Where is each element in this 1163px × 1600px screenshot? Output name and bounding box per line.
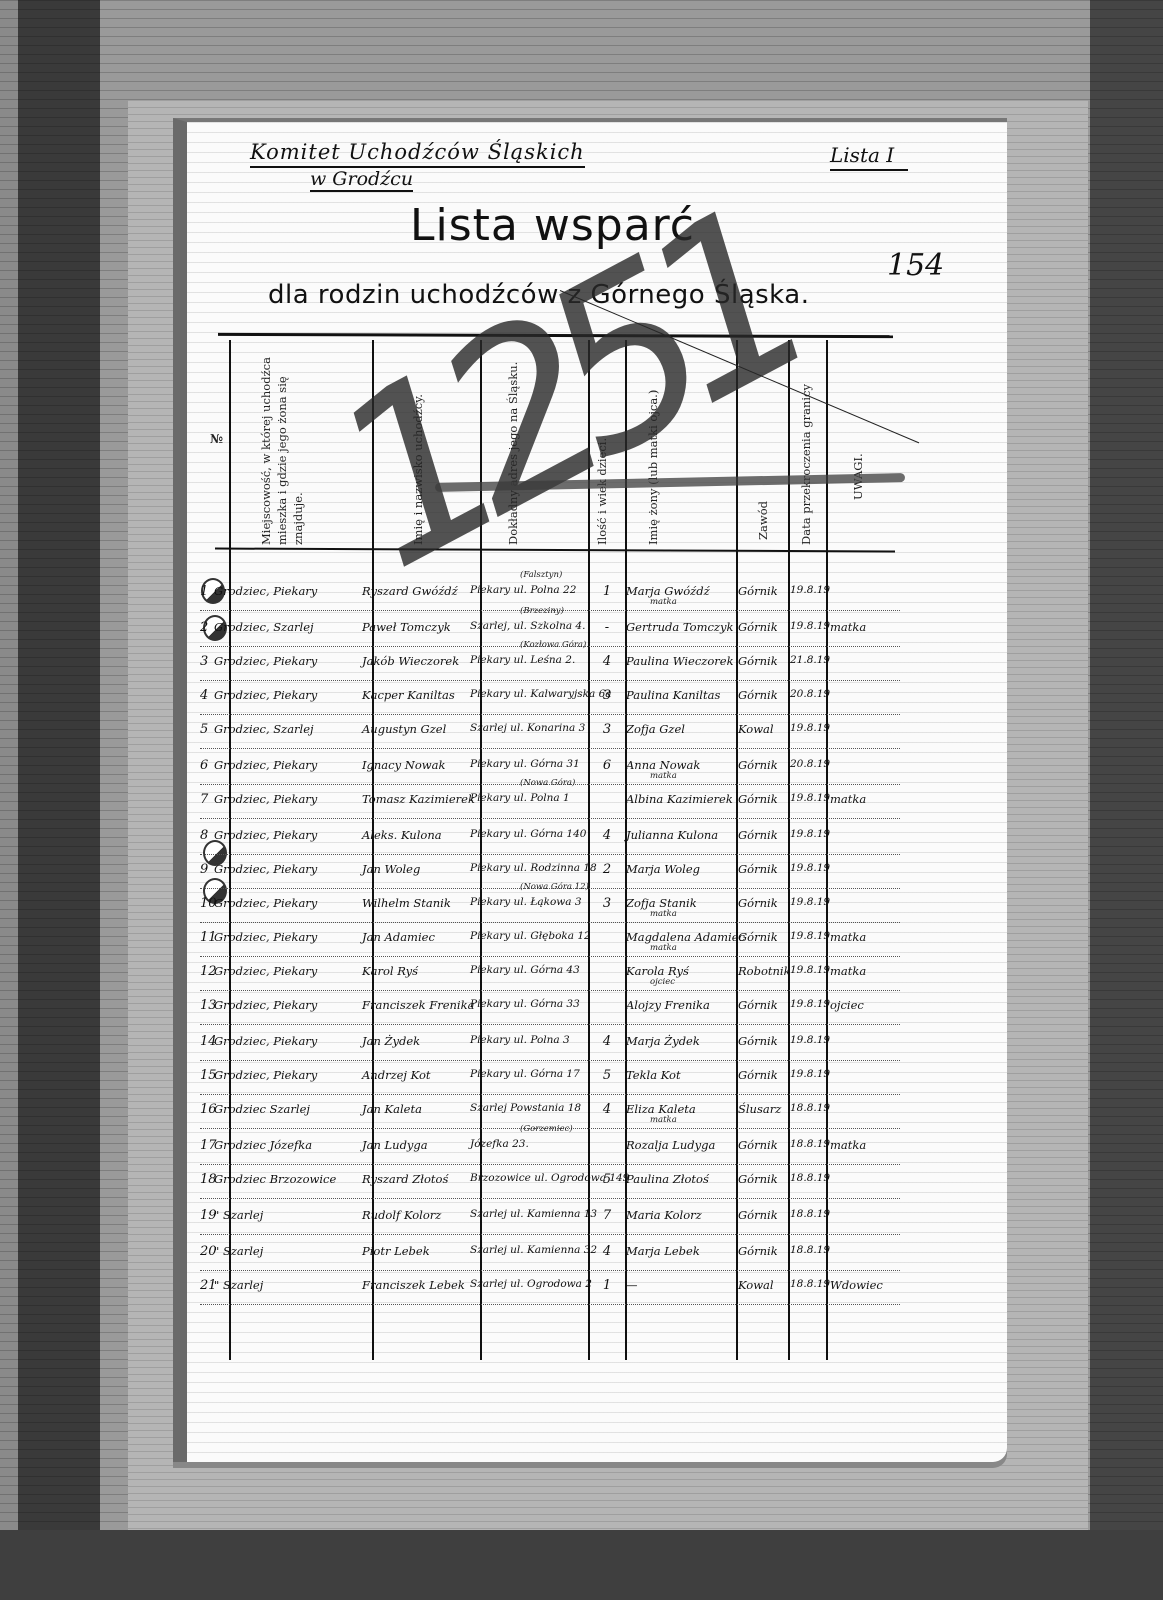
- cell-wife: Alojzy Frenika: [626, 998, 734, 1012]
- cell-kids: 3: [595, 722, 619, 737]
- cell-kids: 3: [595, 896, 619, 911]
- cell-note: matka: [830, 964, 900, 978]
- cell-job: Górnik: [738, 828, 788, 842]
- cell-wife: Rozalja Ludyga: [626, 1138, 734, 1152]
- cell-name: Jan Ludyga: [362, 1138, 470, 1152]
- relation-annotation: matka: [650, 1115, 677, 1125]
- cell-addr: Piekary ul. Rodzinna 18: [470, 862, 580, 874]
- cell-loc: Grodziec, Piekary: [214, 828, 354, 842]
- committee-location: w Grodźcu: [310, 168, 413, 192]
- cell-loc: Grodziec, Piekary: [214, 688, 354, 702]
- header-address: Dokładny adres jego na Śląsku.: [505, 345, 555, 545]
- cell-addr: Piekary ul. Głęboka 12: [470, 930, 580, 942]
- cell-wife: Zofja Stanik: [626, 896, 734, 910]
- cell-date: 19.8.19: [790, 1034, 828, 1046]
- document-title: Lista wsparć: [410, 200, 695, 251]
- cell-addr: Szarlej ul. Kamienna 32: [470, 1244, 580, 1256]
- cell-name: Franciszek Lebek: [362, 1278, 470, 1292]
- cell-name: Jan Żydek: [362, 1034, 470, 1048]
- cell-kids: 6: [595, 758, 619, 773]
- cell-addr: Piekary ul. Górna 33: [470, 998, 580, 1010]
- cell-wife: Karola Ryś: [626, 964, 734, 978]
- cell-loc: Grodziec, Szarlej: [214, 620, 354, 634]
- header-wife: Imię żony (lub matki ojca.): [645, 345, 695, 545]
- cell-addr: Piekary ul. Górna 31: [470, 758, 580, 770]
- cell-date: 20.8.19: [790, 758, 828, 770]
- table-row: 15Grodziec, PiekaryAndrzej KotPiekary ul…: [200, 1066, 900, 1095]
- scan-bottom-strip: [0, 1530, 1163, 1600]
- cell-wife: Zofja Gzel: [626, 722, 734, 736]
- cell-wife: Marja Woleg: [626, 862, 734, 876]
- table-row: 5Grodziec, SzarlejAugustyn GzelSzarlej u…: [200, 720, 900, 749]
- cell-note: ojciec: [830, 998, 900, 1012]
- cell-loc: Grodziec, Piekary: [214, 896, 354, 910]
- address-annotation: (Kozłowa Góra): [520, 640, 586, 650]
- cell-kids: 7: [595, 1208, 619, 1223]
- cell-date: 19.8.19: [790, 1068, 828, 1080]
- cell-date: 19.8.19: [790, 620, 828, 632]
- cell-addr: Piekary ul. Kalwaryjska 6a: [470, 688, 580, 700]
- cell-date: 18.8.19: [790, 1138, 828, 1150]
- cell-job: Górnik: [738, 584, 788, 598]
- cell-name: Rudolf Kolorz: [362, 1208, 470, 1222]
- cell-kids: 4: [595, 654, 619, 669]
- cell-job: Górnik: [738, 930, 788, 944]
- cell-loc: Grodziec, Piekary: [214, 584, 354, 598]
- cell-wife: Tekla Kot: [626, 1068, 734, 1082]
- cell-kids: 1: [595, 1278, 619, 1293]
- address-annotation: (Brzeziny): [520, 606, 564, 616]
- cell-loc: " Szarlej: [214, 1244, 354, 1258]
- header-children: Ilość i wiek dzieci.: [594, 345, 618, 545]
- cell-name: Aleks. Kulona: [362, 828, 470, 842]
- cell-kids: 4: [595, 1034, 619, 1049]
- cell-job: Górnik: [738, 1244, 788, 1258]
- cell-name: Jan Adamiec: [362, 930, 470, 944]
- cell-wife: Eliza Kaleta: [626, 1102, 734, 1116]
- cell-loc: Grodziec Józefka: [214, 1138, 354, 1152]
- cell-note: Wdowiec: [830, 1278, 900, 1292]
- cell-wife: Gertruda Tomczyk: [626, 620, 734, 634]
- cell-job: Górnik: [738, 654, 788, 668]
- table-row: 8Grodziec, PiekaryAleks. KulonaPiekary u…: [200, 826, 900, 855]
- cell-name: Ignacy Nowak: [362, 758, 470, 772]
- cell-addr: Piekary ul. Łąkowa 3: [470, 896, 580, 908]
- table-row: 7Grodziec, PiekaryTomasz KazimierekPieka…: [200, 790, 900, 819]
- cell-loc: " Szarlej: [214, 1278, 354, 1292]
- cell-date: 18.8.19: [790, 1244, 828, 1256]
- cell-kids: -: [595, 620, 619, 635]
- cell-date: 19.8.19: [790, 998, 828, 1010]
- cell-date: 19.8.19: [790, 930, 828, 942]
- table-row: 21" SzarlejFranciszek LebekSzarlej ul. O…: [200, 1276, 900, 1305]
- relation-annotation: matka: [650, 771, 677, 781]
- cell-loc: Grodziec, Piekary: [214, 1034, 354, 1048]
- cell-name: Kacper Kaniltas: [362, 688, 470, 702]
- table-row: 17Grodziec JózefkaJan LudygaJózefka 23.R…: [200, 1136, 900, 1165]
- cell-addr: Szarlej ul. Kamienna 13: [470, 1208, 580, 1220]
- cell-wife: Anna Nowak: [626, 758, 734, 772]
- cell-date: 18.8.19: [790, 1208, 828, 1220]
- table-row: 10Grodziec, PiekaryWilhelm StanikPiekary…: [200, 894, 900, 923]
- cell-wife: Maria Kolorz: [626, 1208, 734, 1222]
- committee-name: Komitet Uchodźców Śląskich: [250, 140, 585, 168]
- table-row: 13Grodziec, PiekaryFranciszek FrenikaPie…: [200, 996, 900, 1025]
- cell-name: Jan Woleg: [362, 862, 470, 876]
- cell-wife: Julianna Kulona: [626, 828, 734, 842]
- address-annotation: (Nowa Góra 12): [520, 882, 589, 892]
- address-annotation: (Nowa Góra): [520, 778, 575, 788]
- cell-job: Górnik: [738, 1034, 788, 1048]
- cell-job: Górnik: [738, 688, 788, 702]
- cell-name: Ryszard Złotoś: [362, 1172, 470, 1186]
- table-row: 12Grodziec, PiekaryKarol RyśPiekary ul. …: [200, 962, 900, 991]
- cell-loc: " Szarlej: [214, 1208, 354, 1222]
- cell-job: Górnik: [738, 758, 788, 772]
- cell-wife: Paulina Złotoś: [626, 1172, 734, 1186]
- cell-loc: Grodziec, Piekary: [214, 1068, 354, 1082]
- cell-loc: Grodziec, Piekary: [214, 964, 354, 978]
- table-row: 3Grodziec, PiekaryJakób WieczorekPiekary…: [200, 652, 900, 681]
- cell-wife: Paulina Kaniltas: [626, 688, 734, 702]
- cell-addr: Szarlej ul. Ogrodowa 2: [470, 1278, 580, 1290]
- cell-date: 21.8.19: [790, 654, 828, 666]
- cell-kids: 4: [595, 1244, 619, 1259]
- cell-name: Augustyn Gzel: [362, 722, 470, 736]
- cell-wife: Marja Lebek: [626, 1244, 734, 1258]
- table-row: 11Grodziec, PiekaryJan AdamiecPiekary ul…: [200, 928, 900, 957]
- cell-addr: Piekary ul. Polna 22: [470, 584, 580, 596]
- cell-date: 18.8.19: [790, 1172, 828, 1184]
- cell-addr: Piekary ul. Polna 3: [470, 1034, 580, 1046]
- cell-loc: Grodziec, Piekary: [214, 862, 354, 876]
- cell-loc: Grodziec, Piekary: [214, 792, 354, 806]
- cell-job: Górnik: [738, 1138, 788, 1152]
- table-row: 14Grodziec, PiekaryJan ŻydekPiekary ul. …: [200, 1032, 900, 1061]
- cell-wife: —: [626, 1278, 734, 1292]
- table-row: 20" SzarlejPiotr LebekSzarlej ul. Kamien…: [200, 1242, 900, 1271]
- relation-annotation: matka: [650, 597, 677, 607]
- cell-job: Górnik: [738, 998, 788, 1012]
- cell-addr: Piekary ul. Polna 1: [470, 792, 580, 804]
- cell-addr: Szarlej ul. Konarina 3: [470, 722, 580, 734]
- table-row: 4Grodziec, PiekaryKacper KaniltasPiekary…: [200, 686, 900, 715]
- cell-date: 19.8.19: [790, 964, 828, 976]
- address-annotation: (Gorzemiec): [520, 1124, 573, 1134]
- cell-loc: Grodziec, Piekary: [214, 998, 354, 1012]
- table-row: 19" SzarlejRudolf KolorzSzarlej ul. Kami…: [200, 1206, 900, 1235]
- cell-loc: Grodziec Szarlej: [214, 1102, 354, 1116]
- cell-date: 19.8.19: [790, 722, 828, 734]
- cell-name: Karol Ryś: [362, 964, 470, 978]
- cell-kids: 5: [595, 1172, 619, 1187]
- list-number: Lista I: [830, 143, 908, 171]
- header-remarks: UWAGI.: [850, 420, 870, 500]
- cell-addr: Józefka 23.: [470, 1138, 580, 1150]
- sheet-number: 154: [887, 248, 944, 283]
- cell-loc: Grodziec, Piekary: [214, 654, 354, 668]
- cell-loc: Grodziec, Piekary: [214, 758, 354, 772]
- cell-loc: Grodziec, Piekary: [214, 930, 354, 944]
- cell-date: 20.8.19: [790, 688, 828, 700]
- cell-wife: Marja Żydek: [626, 1034, 734, 1048]
- cell-job: Górnik: [738, 792, 788, 806]
- cell-note: matka: [830, 792, 900, 806]
- cell-addr: Brzozowice ul. Ogrodowa 149: [470, 1172, 580, 1184]
- cell-addr: Szarlej, ul. Szkolna 4.: [470, 620, 580, 632]
- cell-addr: Piekary ul. Górna 17: [470, 1068, 580, 1080]
- cell-name: Tomasz Kazimierek: [362, 792, 470, 806]
- document-subtitle: dla rodzin uchodźców z Górnego Śląska.: [268, 280, 809, 310]
- cell-addr: Piekary ul. Górna 43: [470, 964, 580, 976]
- cell-job: Górnik: [738, 862, 788, 876]
- cell-date: 18.8.19: [790, 1278, 828, 1290]
- cell-kids: 3: [595, 688, 619, 703]
- cell-wife: Paulina Wieczorek: [626, 654, 734, 668]
- header-name: Imię i nazwisko uchodźcy.: [410, 345, 450, 545]
- cell-note: matka: [830, 620, 900, 634]
- cell-loc: Grodziec, Szarlej: [214, 722, 354, 736]
- cell-name: Jan Kaleta: [362, 1102, 470, 1116]
- cell-wife: Magdalena Adamiec: [626, 930, 734, 944]
- cell-date: 19.8.19: [790, 792, 828, 804]
- cell-note: matka: [830, 1138, 900, 1152]
- cell-kids: 4: [595, 828, 619, 843]
- cell-date: 19.8.19: [790, 828, 828, 840]
- cell-name: Franciszek Frenika: [362, 998, 470, 1012]
- cell-name: Piotr Lebek: [362, 1244, 470, 1258]
- address-annotation: (Falsztyn): [520, 570, 562, 580]
- cell-job: Robotnik: [738, 964, 788, 978]
- cell-job: Górnik: [738, 1068, 788, 1082]
- header-location: Miejscowość, w której uchodźca mieszka i…: [258, 345, 338, 545]
- cell-job: Górnik: [738, 1172, 788, 1186]
- cell-job: Kowal: [738, 1278, 788, 1292]
- cell-name: Jakób Wieczorek: [362, 654, 470, 668]
- cell-addr: Szarlej Powstania 18: [470, 1102, 580, 1114]
- cell-kids: 2: [595, 862, 619, 877]
- header-number: №: [210, 432, 223, 446]
- cell-date: 19.8.19: [790, 862, 828, 874]
- cell-job: Górnik: [738, 1208, 788, 1222]
- cell-addr: Piekary ul. Górna 140: [470, 828, 580, 840]
- relation-annotation: ojciec: [650, 977, 675, 987]
- cell-addr: Piekary ul. Leśna 2.: [470, 654, 580, 666]
- cell-date: 19.8.19: [790, 896, 828, 908]
- relation-annotation: matka: [650, 909, 677, 919]
- cell-name: Wilhelm Stanik: [362, 896, 470, 910]
- cell-note: matka: [830, 930, 900, 944]
- cell-wife: Marja Gwóźdź: [626, 584, 734, 598]
- cell-name: Ryszard Gwóźdź: [362, 584, 470, 598]
- cell-job: Górnik: [738, 896, 788, 910]
- cell-job: Kowal: [738, 722, 788, 736]
- cell-kids: 5: [595, 1068, 619, 1083]
- header-border-date: Data przekroczenia granicy: [798, 345, 818, 545]
- cell-date: 18.8.19: [790, 1102, 828, 1114]
- cell-wife: Albina Kazimierek: [626, 792, 734, 806]
- cell-name: Andrzej Kot: [362, 1068, 470, 1082]
- cell-date: 19.8.19: [790, 584, 828, 596]
- cell-name: Paweł Tomczyk: [362, 620, 470, 634]
- relation-annotation: matka: [650, 943, 677, 953]
- cell-loc: Grodziec Brzozowice: [214, 1172, 354, 1186]
- cell-kids: 1: [595, 584, 619, 599]
- cell-job: Górnik: [738, 620, 788, 634]
- table-row: 18Grodziec BrzozowiceRyszard ZłotośBrzoz…: [200, 1170, 900, 1199]
- cell-kids: 4: [595, 1102, 619, 1117]
- cell-job: Ślusarz: [738, 1102, 788, 1116]
